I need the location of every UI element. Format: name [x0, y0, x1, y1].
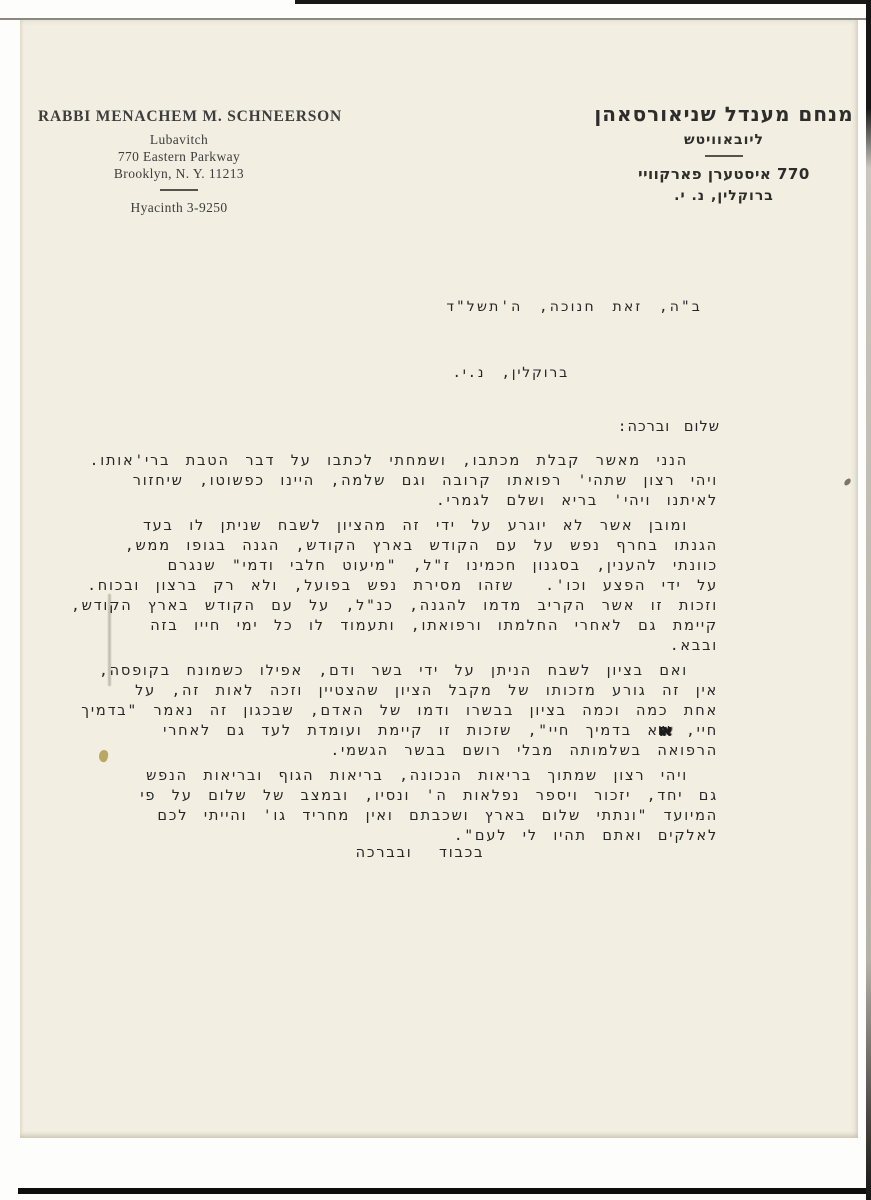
overstrike-correction: או: [659, 723, 671, 739]
letterhead-hebrew: מנחם מענדל שניאורסאהן ליובאוויטש 770 איס…: [588, 102, 860, 204]
body-line: וזכות זו אשר הקריב מדמו להגנה, כנ"ל, על …: [105, 596, 718, 616]
body-line: הנני מאשר קבלת מכתבו, ושמחתי לכתבו על דב…: [105, 451, 718, 471]
letterhead-en-phone: Hyacinth 3-9250: [38, 199, 320, 216]
letterhead-he-name: מנחם מענדל שניאורסאהן: [588, 102, 860, 126]
body-line: לאלקים ואתם תהיו לי לעם".: [105, 826, 718, 846]
letterhead-he-address2: ברוקלין, נ. י.: [588, 188, 860, 204]
letterhead-divider: [705, 155, 743, 157]
body-line: אין זה גורע מזכותו של מקבל הציון שהצטיין…: [105, 681, 718, 701]
letterhead-en-address1: 770 Eastern Parkway: [38, 148, 320, 165]
body-line: הגנתו בחרף נפש על עם הקודש בארץ הקודש, ה…: [105, 536, 718, 556]
letterhead-he-address1: 770 איסטערן פארקוויי: [588, 165, 860, 183]
closing-line: בכבוד ובברכה: [300, 845, 540, 861]
body-line: כוונתי להענין, בסגנון חכמינו ז"ל, "מיעוט…: [105, 556, 718, 576]
paragraph: ואם בציון לשבח הניתן על ידי בשר ודם, אפי…: [105, 661, 718, 761]
dateline-place: ברוקלין, נ.י.: [400, 362, 702, 384]
paragraph: הנני מאשר קבלת מכתבו, ושמחתי לכתבו על דב…: [105, 451, 718, 511]
letterhead-en-org: Lubavitch: [38, 131, 320, 148]
body-text: חיי,: [671, 723, 718, 739]
scan-edge-top: [295, 0, 871, 4]
body-line: ובבא.: [105, 636, 718, 656]
body-line: לאיתנו ויהי' בריא ושלם לגמרי.: [105, 491, 718, 511]
scan-edge-bottom: [18, 1188, 871, 1194]
letterhead-divider: [160, 189, 198, 191]
body-line: ומובן אשר לא יוגרע על ידי זה מהציון לשבח…: [105, 516, 718, 536]
body-line: אחת כמה וכמה בציון בבשרו ודמו של האדם, ש…: [105, 701, 718, 721]
scan-edge-right: [866, 0, 871, 1200]
dateline: ב"ה, זאת חנוכה, ה'תשל"ד ברוקלין, נ.י.: [400, 252, 702, 428]
body-line: קיימת גם לאחרי החלמתו ורפואתו, ותעמוד לו…: [105, 616, 718, 636]
paragraph: ומובן אשר לא יוגרע על ידי זה מהציון לשבח…: [105, 516, 718, 656]
letterhead-he-org: ליובאוויטש: [588, 132, 860, 148]
body-line: ויהי רצון שתהי' רפואתו קרובה וגם שלמה, ה…: [105, 471, 718, 491]
letterhead-en-name: RABBI MENACHEM M. SCHNEERSON: [38, 108, 320, 126]
scanned-letter: RABBI MENACHEM M. SCHNEERSON Lubavitch 7…: [0, 0, 871, 1200]
body-line: חיי, אוא בדמיך חיי", שזכות זו קיימת ועומ…: [105, 721, 718, 741]
body-line: ויהי רצון שמתוך בריאות הנכונה, בריאות הג…: [105, 766, 718, 786]
letter-body: הנני מאשר קבלת מכתבו, ושמחתי לכתבו על דב…: [105, 451, 718, 851]
body-line: ואם בציון לשבח הניתן על ידי בשר ודם, אפי…: [105, 661, 718, 681]
salutation: שלום וברכה:: [618, 419, 720, 435]
paper-top-edge-line: [0, 18, 871, 20]
body-line: על ידי הפצע וכו'. שזהו מסירת נפש בפועל, …: [105, 576, 718, 596]
body-line: המיועד "ונתתי שלום בארץ ושכבתם ואין מחרי…: [105, 806, 718, 826]
letterhead-english: RABBI MENACHEM M. SCHNEERSON Lubavitch 7…: [38, 108, 320, 216]
body-text: א בדמיך חיי", שזכות זו קיימת ועומדת לעד …: [163, 723, 659, 739]
paragraph: ויהי רצון שמתוך בריאות הנכונה, בריאות הג…: [105, 766, 718, 846]
body-line: הרפואה בשלמותה מבלי רושם בבשר הגשמי.: [105, 741, 718, 761]
body-line: גם יחד, יזכור ויספר נפלאות ה' ונסיו, ובמ…: [105, 786, 718, 806]
dateline-date: ב"ה, זאת חנוכה, ה'תשל"ד: [400, 296, 702, 318]
letterhead-en-address2: Brooklyn, N. Y. 11213: [38, 165, 320, 182]
